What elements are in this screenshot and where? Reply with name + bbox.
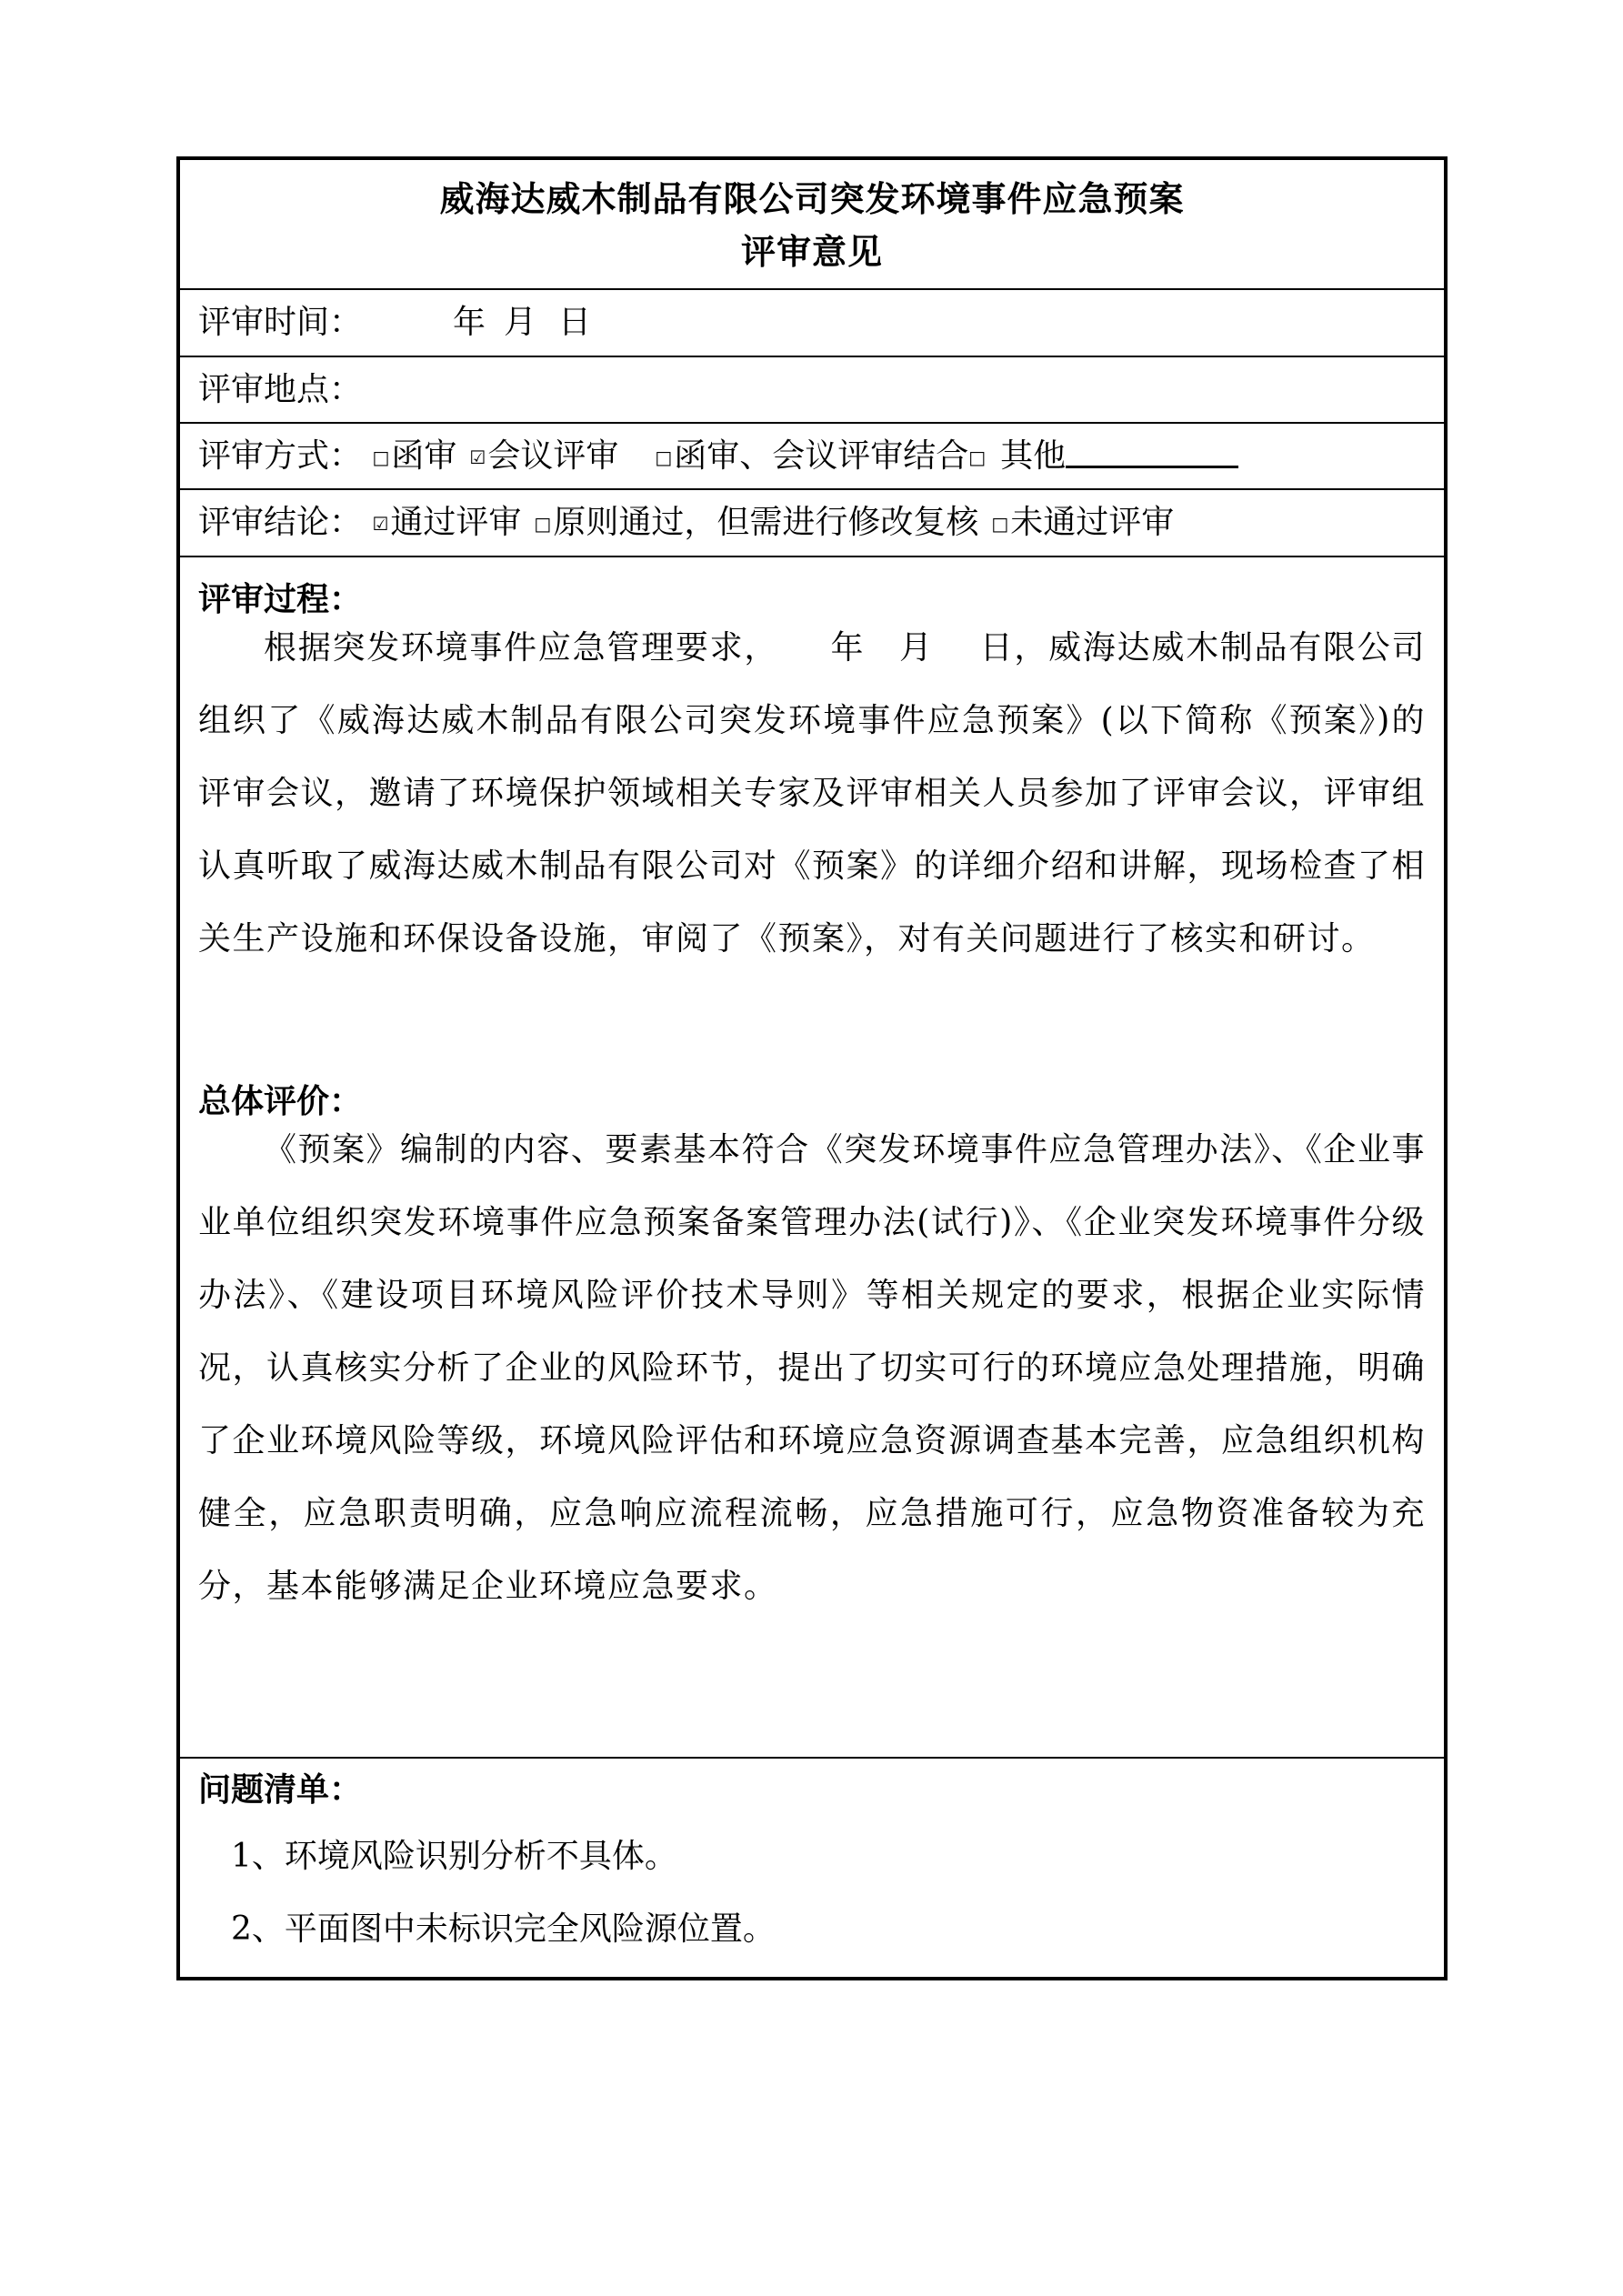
result-option-passed[interactable]: ☑通过评审 <box>372 504 521 541</box>
review-place-row: 评审地点： <box>180 357 1444 424</box>
method-option-other[interactable]: □其他 <box>968 437 1066 475</box>
problem-list-section: 问题清单： 1、环境风险识别分析不具体。 2、平面图中未标识完全风险源位置。 <box>180 1759 1444 1977</box>
result-option-conditional[interactable]: □原则通过，但需进行修改复核 <box>534 504 978 541</box>
title-block: 威海达威木制品有限公司突发环境事件应急预案 评审意见 <box>180 160 1444 290</box>
checkbox-checked-icon[interactable]: ☑ <box>469 425 486 490</box>
document-subtitle: 评审意见 <box>180 231 1444 273</box>
review-result-row: 评审结论： ☑通过评审□原则通过，但需进行修改复核□未通过评审 <box>180 490 1444 557</box>
review-result-label: 评审结论： <box>198 504 362 541</box>
review-process-text: 根据突发环境事件应急管理要求， 年 月 日，威海达威木制品有限公司组织了《威海达… <box>198 612 1426 976</box>
problem-list-heading: 问题清单： <box>198 1770 362 1810</box>
method-option-combined[interactable]: □函审、会议评审结合 <box>655 437 968 475</box>
year-label: 年 <box>453 304 486 341</box>
problem-item: 1、环境风险识别分析不具体。 <box>198 1820 1426 1893</box>
overall-evaluation-text: 《预案》编制的内容、要素基本符合《突发环境事件应急管理办法》、《企业事业单位组织… <box>198 1114 1426 1623</box>
checkbox-unchecked-icon[interactable]: □ <box>372 425 389 490</box>
review-body-section: 评审过程： 根据突发环境事件应急管理要求， 年 月 日，威海达威木制品有限公司组… <box>180 557 1444 1759</box>
problem-list: 1、环境风险识别分析不具体。 2、平面图中未标识完全风险源位置。 <box>198 1820 1426 1966</box>
review-place-label: 评审地点： <box>198 371 362 408</box>
month-label: 月 <box>504 304 536 341</box>
review-method-row: 评审方式： □函审☑会议评审□函审、会议评审结合□其他 <box>180 424 1444 490</box>
method-option-meeting-review[interactable]: ☑会议评审 <box>469 437 618 475</box>
review-opinion-form: 威海达威木制品有限公司突发环境事件应急预案 评审意见 评审时间：年月日 评审地点… <box>176 156 1448 1980</box>
result-option-failed[interactable]: □未通过评审 <box>991 504 1174 541</box>
checkbox-unchecked-icon[interactable]: □ <box>534 491 551 556</box>
method-option-letter-review[interactable]: □函审 <box>372 437 456 475</box>
checkbox-unchecked-icon[interactable]: □ <box>968 425 986 490</box>
checkbox-checked-icon[interactable]: ☑ <box>372 491 388 556</box>
review-method-label: 评审方式： <box>198 437 362 475</box>
review-time-label: 评审时间： <box>198 304 362 341</box>
checkbox-unchecked-icon[interactable]: □ <box>655 425 672 490</box>
problem-item: 2、平面图中未标识完全风险源位置。 <box>198 1893 1426 1966</box>
review-time-row: 评审时间：年月日 <box>180 290 1444 357</box>
document-title: 威海达威木制品有限公司突发环境事件应急预案 <box>180 178 1444 220</box>
other-method-blank[interactable] <box>1066 438 1238 468</box>
day-label: 日 <box>558 304 591 341</box>
checkbox-unchecked-icon[interactable]: □ <box>991 491 1008 556</box>
